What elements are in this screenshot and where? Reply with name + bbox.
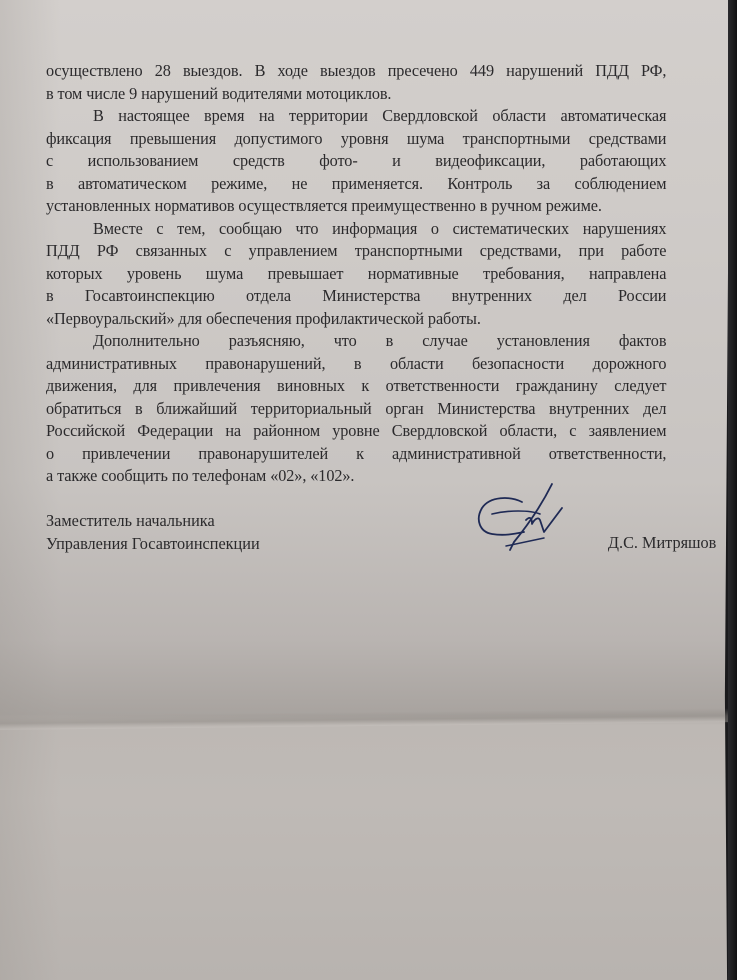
text-line: «Первоуральский» для обеспечения профила… [46, 308, 666, 331]
text-line: в Госавтоинспекцию отдела Министерства в… [46, 285, 666, 308]
paragraph-1: осуществлено 28 выездов. В ходе выездов … [46, 60, 666, 105]
signature-block: Заместитель начальника Управления Госавт… [46, 510, 716, 570]
signer-title-line-1: Заместитель начальника [46, 510, 260, 533]
handwritten-signature-icon [470, 480, 590, 564]
text-line: движения, для привлечения виновных к отв… [46, 375, 666, 398]
signer-title-line-2: Управления Госавтоинспекции [46, 533, 260, 556]
paragraph-2: В настоящее время на территории Свердлов… [46, 105, 666, 218]
signer-name: Д.С. Митряшов [608, 532, 716, 555]
letter-body: осуществлено 28 выездов. В ходе выездов … [46, 60, 666, 488]
text-line: ПДД РФ связанных с управлением транспорт… [46, 240, 666, 263]
text-line: которых уровень шума превышает нормативн… [46, 263, 666, 286]
text-line: В настоящее время на территории Свердлов… [46, 105, 666, 128]
text-line: о привлечении правонарушителей к админис… [46, 443, 666, 466]
text-line: фиксация превышения допустимого уровня ш… [46, 128, 666, 151]
paragraph-4: Дополнительно разъясняю, что в случае ус… [46, 330, 666, 488]
document-photo: осуществлено 28 выездов. В ходе выездов … [0, 0, 737, 980]
text-line: в том числе 9 нарушений водителями мотоц… [46, 83, 666, 106]
dark-background-edge [728, 0, 737, 980]
text-line: Вместе с тем, сообщаю что информация о с… [46, 218, 666, 241]
paragraph-3: Вместе с тем, сообщаю что информация о с… [46, 218, 666, 331]
text-line: осуществлено 28 выездов. В ходе выездов … [46, 60, 666, 83]
text-line: установленных нормативов осуществляется … [46, 195, 666, 218]
text-line: Российской Федерации на районном уровне … [46, 420, 666, 443]
text-line: с использованием средств фото- и видеофи… [46, 150, 666, 173]
text-line: в автоматическом режиме, не применяется.… [46, 173, 666, 196]
text-line: обратиться в ближайший территориальный о… [46, 398, 666, 421]
signer-title: Заместитель начальника Управления Госавт… [46, 510, 260, 555]
text-line: административных правонарушений, в облас… [46, 353, 666, 376]
text-line: Дополнительно разъясняю, что в случае ус… [46, 330, 666, 353]
